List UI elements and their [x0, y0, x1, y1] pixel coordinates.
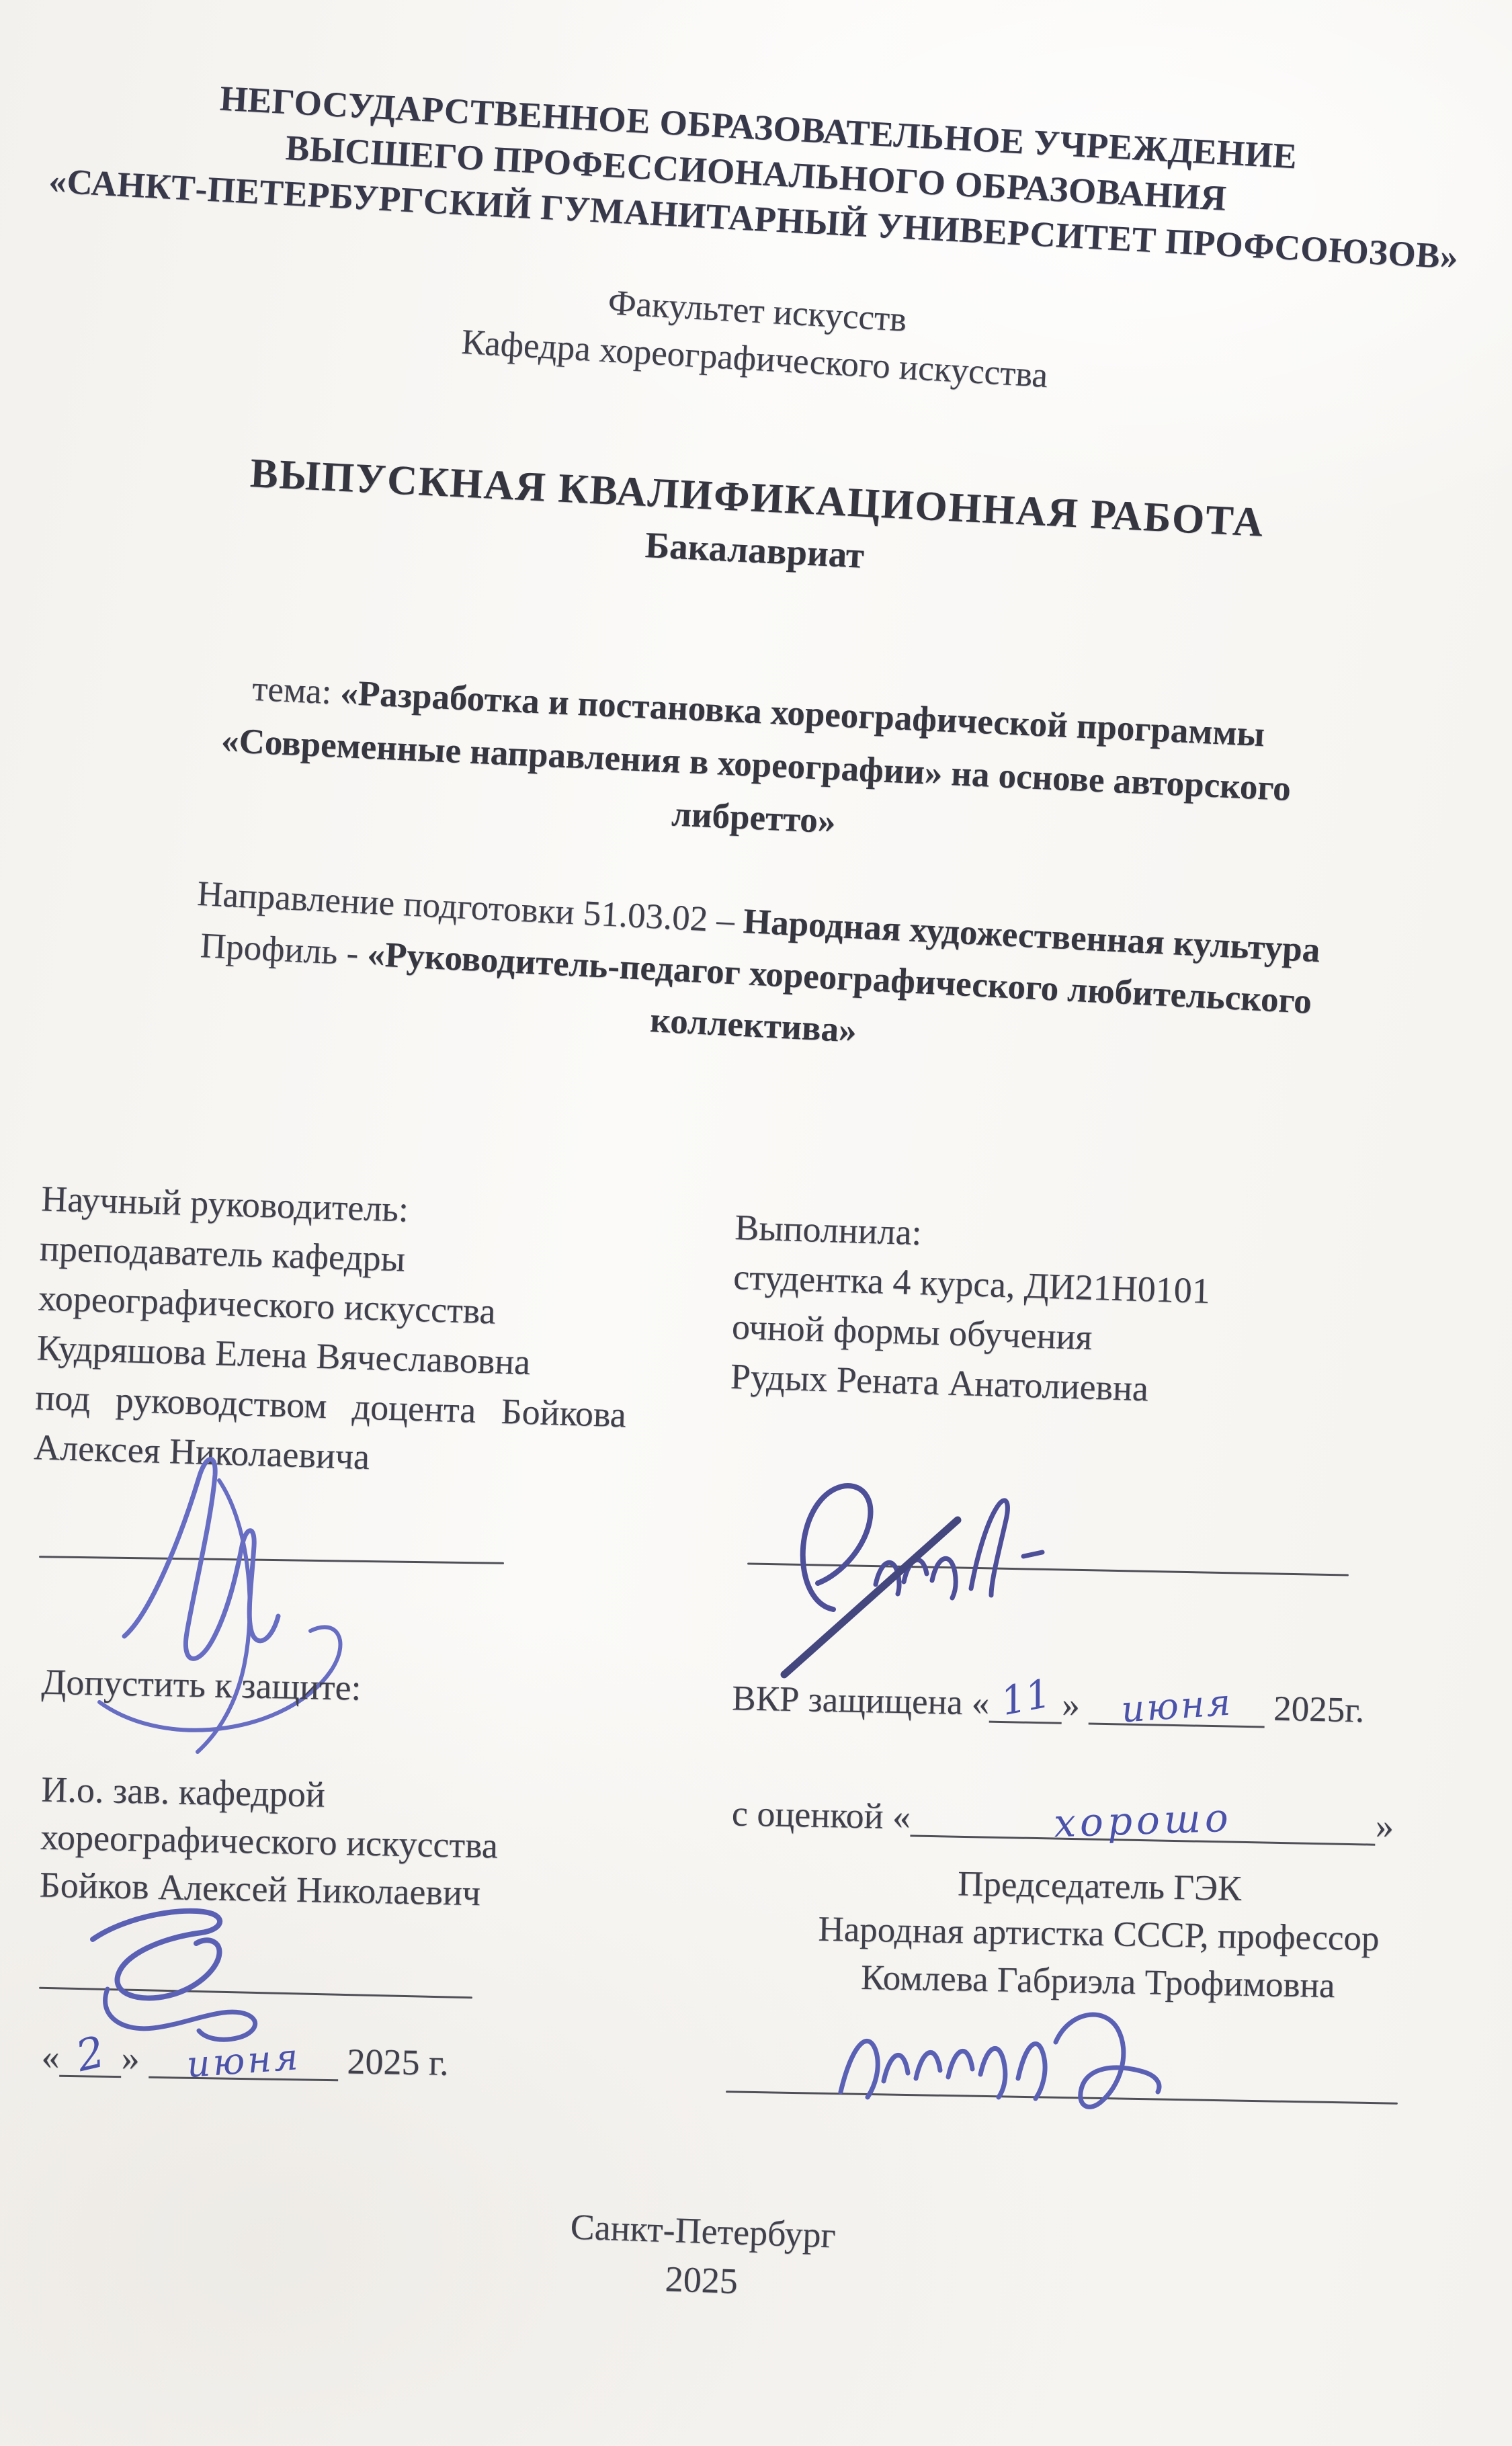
dept-head-line-2: хореографического искусства [40, 1814, 498, 1870]
admission-label: Допустить к защите: [41, 1661, 362, 1709]
defense-day-value: 11 [997, 1670, 1054, 1724]
student-signature [756, 1438, 1072, 1680]
people-columns: Научный руководитель: преподаватель кафе… [0, 1173, 1511, 1218]
faculty-block: Факультет искусств Кафедра хореографичес… [0, 244, 1512, 426]
chair-signature [816, 1999, 1206, 2127]
footer-block: Санкт-Петербург 2025 [0, 2182, 1460, 2330]
scanned-thesis-title-page: НЕГОСУДАРСТВЕННОЕ ОБРАЗОВАТЕЛЬНОЕ УЧРЕЖД… [0, 0, 1512, 2446]
grade-prefix: с оценкой « [731, 1793, 911, 1837]
defense-year: 2025г. [1273, 1689, 1365, 1730]
approval-day-blank: 2 [59, 2040, 122, 2078]
supervisor-signature [87, 1421, 410, 1757]
approval-open-quote: « [41, 2036, 60, 2076]
approval-month-value: июня [185, 2035, 302, 2086]
approval-close-quote: » [121, 2037, 140, 2078]
approval-date: «2» июня 2025 г. [41, 2035, 449, 2084]
grade-statement: с оценкой «хорошо» [731, 1789, 1394, 1850]
student-block: Выполнила: студентка 4 курса, ДИ21Н0101 … [730, 1202, 1427, 1421]
defense-month-blank: июня [1088, 1688, 1265, 1728]
grade-blank: хорошо [911, 1800, 1376, 1845]
topic-label: тема: [251, 669, 333, 712]
grade-value: хорошо [1053, 1794, 1233, 1848]
approval-date-row: «2» июня 2025 г. [0, 2035, 1512, 2058]
dept-head-line-1: И.о. зав. кафедрой [41, 1766, 499, 1822]
approval-year: 2025 г. [347, 2041, 449, 2082]
defense-statement: ВКР защищена «11» июня 2025г. [732, 1678, 1365, 1730]
title-block: ВЫПУСКНАЯ КВАЛИФИКАЦИОННАЯ РАБОТА Бакала… [0, 433, 1512, 612]
topic-block: тема: «Разработка и постановка хореограф… [0, 651, 1512, 879]
defense-close-quote: » [1062, 1685, 1081, 1724]
defense-prefix: ВКР защищена « [732, 1679, 990, 1722]
grade-suffix: » [1375, 1806, 1394, 1847]
committee-chair-block: Председатель ГЭК Народная артистка СССР,… [724, 1856, 1473, 2012]
direction-block: Направление подготовки 51.03.02 – Народн… [0, 858, 1512, 1090]
head-grade-rows: И.о. зав. кафедрой хореографического иск… [0, 1765, 1512, 1794]
defense-month-value: июня [1120, 1681, 1234, 1730]
profile-label: Профиль - [200, 926, 360, 973]
university-header: НЕГОСУДАРСТВЕННОЕ ОБРАЗОВАТЕЛЬНОЕ УЧРЕЖД… [0, 64, 1512, 282]
defense-day-blank: 11 [989, 1686, 1062, 1724]
approval-month-blank: июня [149, 2041, 339, 2081]
